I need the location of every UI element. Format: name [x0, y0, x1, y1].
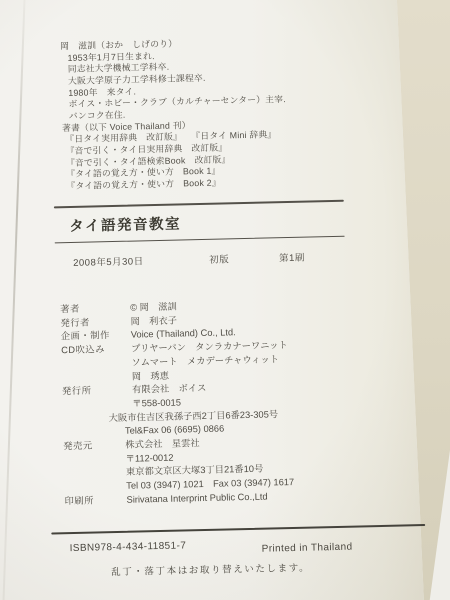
- colophon-label: 発売元: [63, 439, 134, 495]
- isbn-text: ISBN978-4-434-11851-7: [70, 540, 187, 554]
- title-rule-top: [54, 200, 344, 208]
- title-block: タイ語発音教室 2008年5月30日 初版 第1刷: [54, 200, 345, 270]
- isbn-row: ISBN978-4-434-11851-7 Printed in Thailan…: [70, 536, 400, 554]
- title-rule-bottom: [55, 235, 345, 243]
- publication-date: 2008年5月30日: [73, 252, 209, 269]
- impression-label: 第1刷: [279, 250, 305, 265]
- colophon-row: 発売元 株式会社 星雲社 〒112-0012 東京都文京区大塚3丁目21番10号…: [63, 432, 424, 495]
- page-content: 岡 滋訓（おか しげのり） 1953年1月7日生まれ. 同志社大学機械工学科卒.…: [0, 0, 450, 600]
- printed-in-text: Printed in Thailand: [262, 542, 353, 555]
- replacement-notice: 乱丁・落丁本はお取り替えいたします。: [111, 560, 310, 579]
- edition-line: 2008年5月30日 初版 第1刷: [73, 249, 345, 269]
- author-bio: 岡 滋訓（おか しげのり） 1953年1月7日生まれ. 同志社大学機械工学科卒.…: [60, 36, 288, 193]
- colophon-label: 印刷所: [64, 493, 134, 508]
- edition-label: 初版: [209, 250, 279, 266]
- colophon-table: 著者 © 岡 滋訓 発行者 岡 利衣子 企画・制作 Voice (Thailan…: [60, 295, 425, 509]
- book-title: タイ語発音教室: [69, 208, 344, 235]
- footer-rule: [51, 524, 425, 535]
- colophon-label: CD吹込み: [61, 343, 132, 386]
- colophon-row: 発行所 有限会社 ボイス 〒558-0015 大阪市住吉区我孫子西2丁目6番23…: [62, 377, 423, 440]
